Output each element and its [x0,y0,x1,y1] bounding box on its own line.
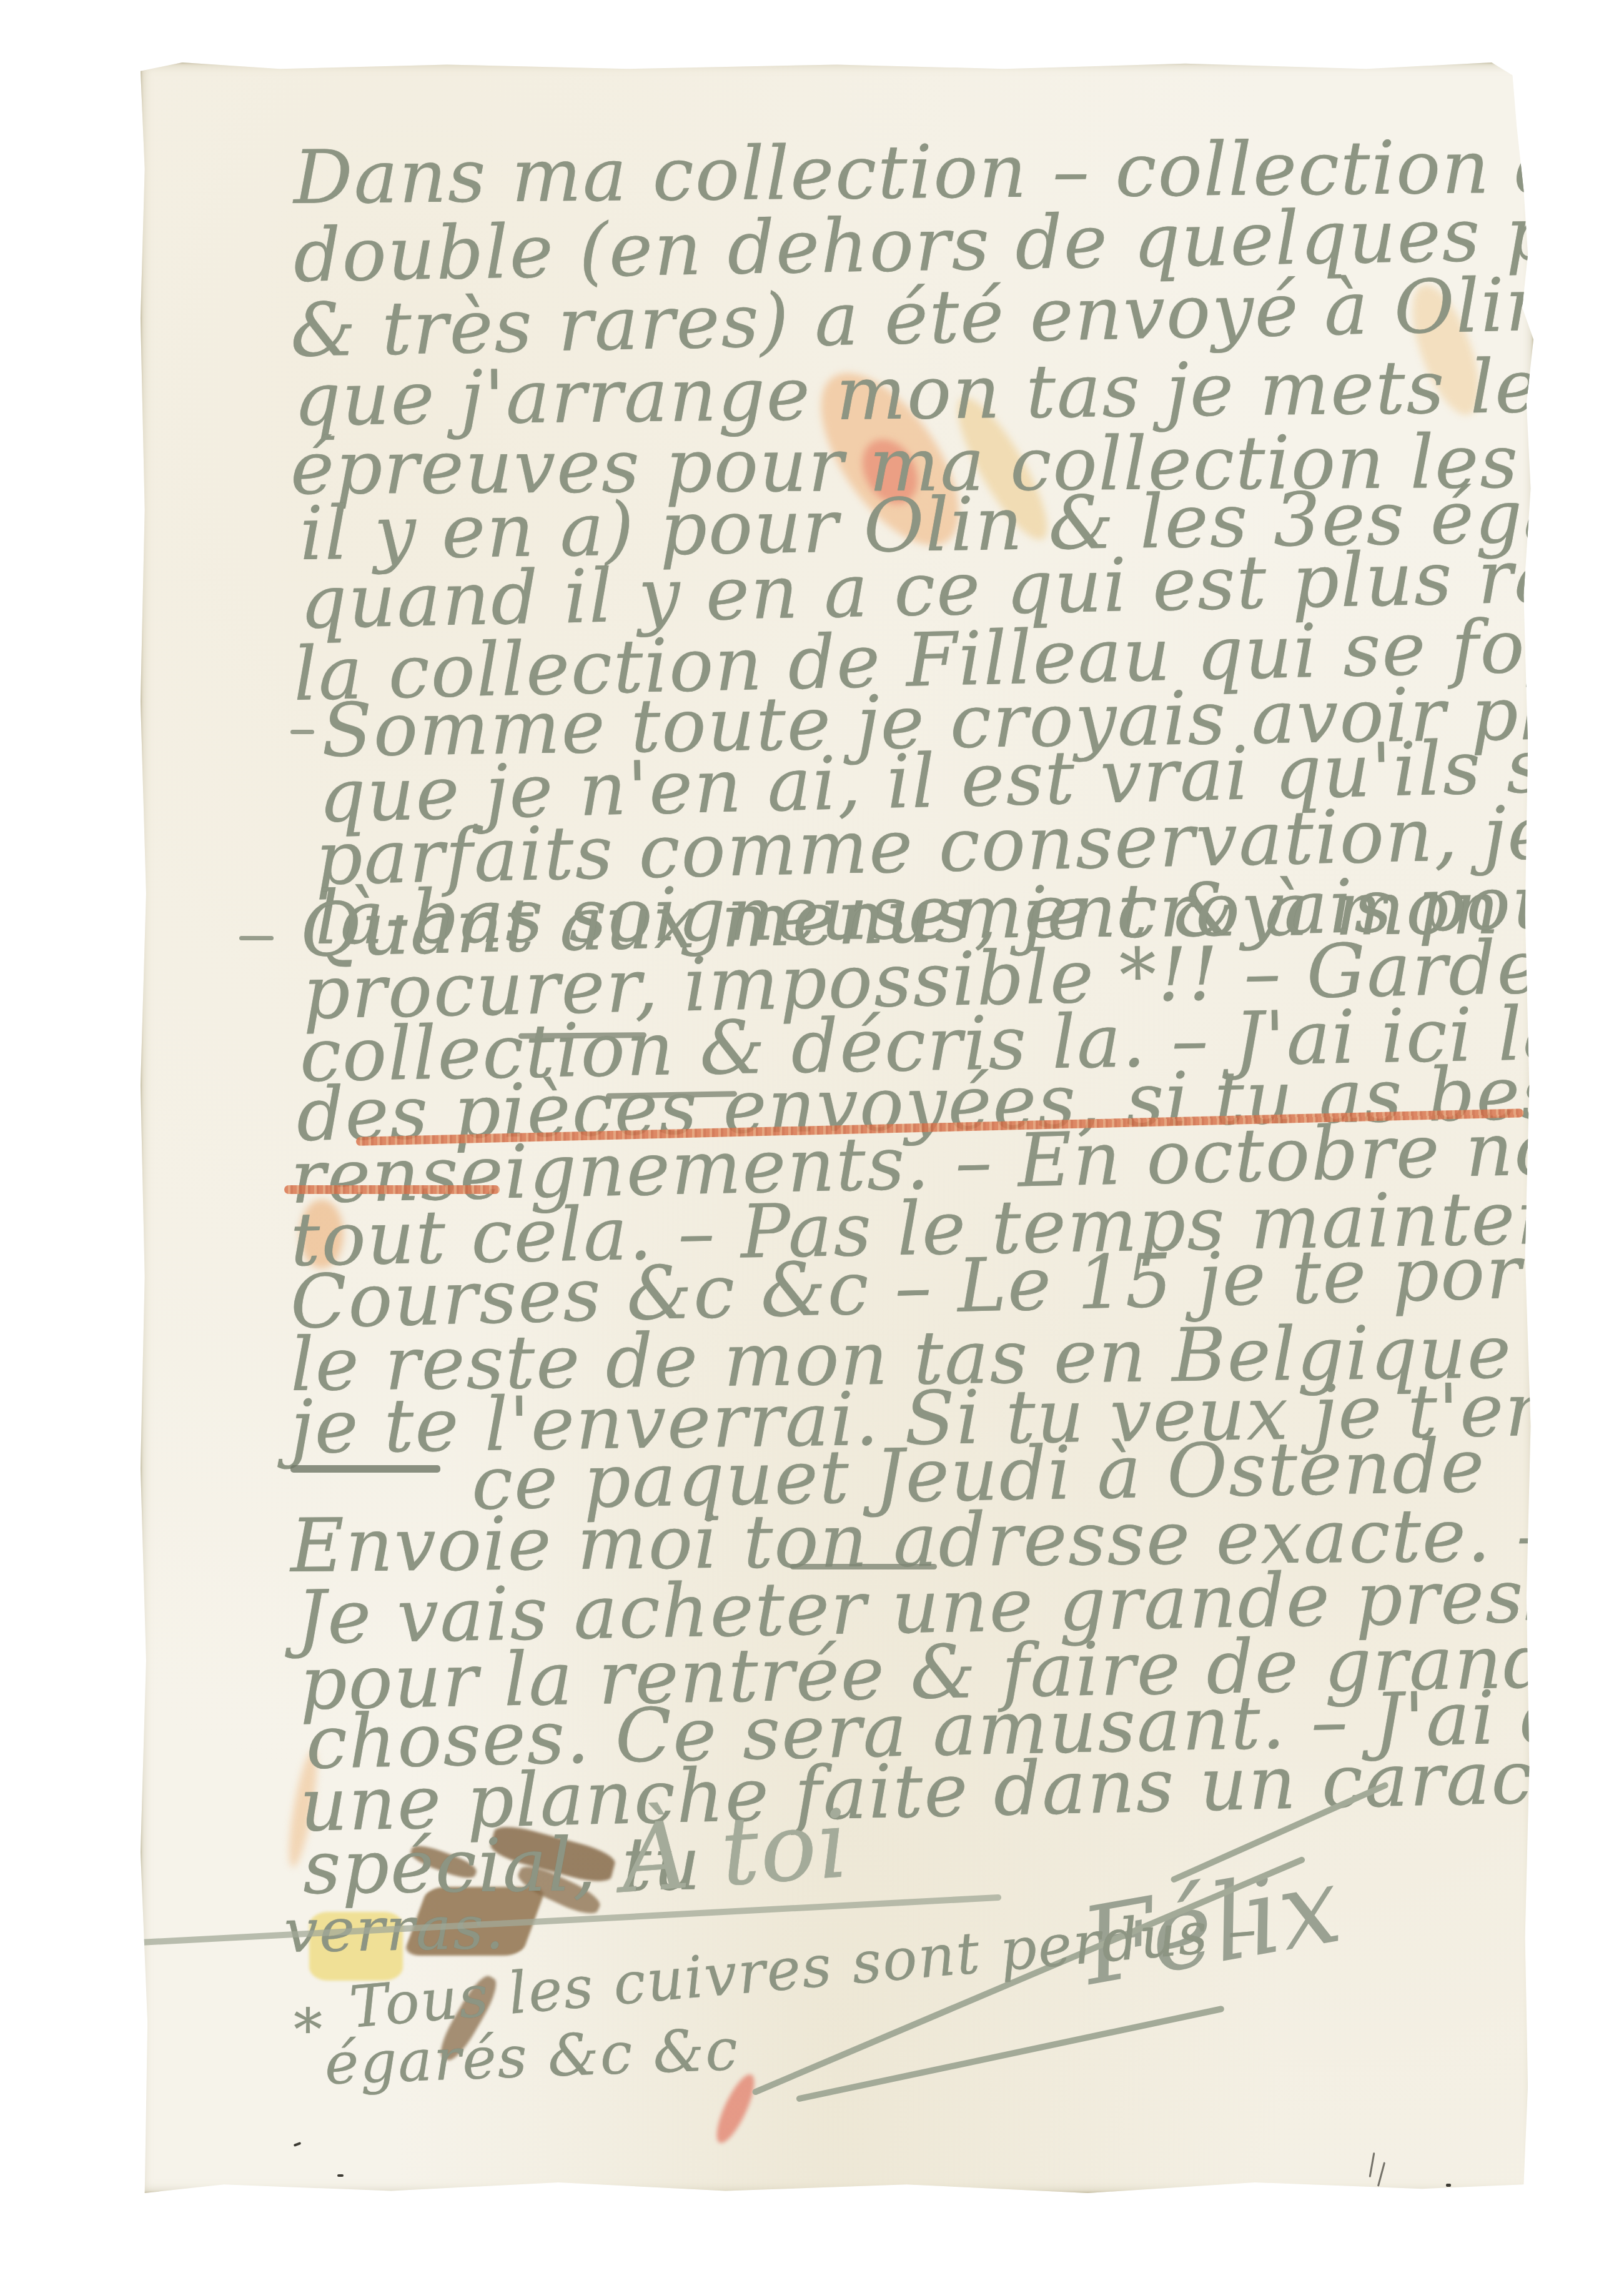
speck [337,2174,344,2177]
speck [1446,2184,1451,2187]
speck [1369,2152,1375,2177]
margin-dash-1 [290,730,314,734]
signature-flourish-3 [796,2006,1225,2102]
speck [1377,2162,1385,2186]
margin-dash-2 [239,936,274,940]
footnote-marker: * [294,1996,324,2063]
red-underline-2 [284,1185,500,1194]
speck [294,2142,302,2147]
footnote-line-2: égarés &c &c [324,2016,740,2097]
strikethrough-word [290,1465,440,1473]
letter-page: Dans ma collection – collection dont le … [141,62,1533,2193]
closing-a-toi: À toi [618,1790,853,1914]
